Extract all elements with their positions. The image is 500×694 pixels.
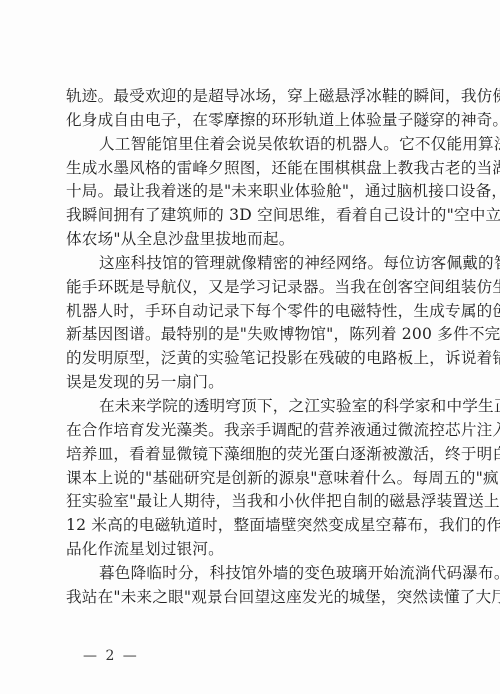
page-number: — 2 — bbox=[83, 648, 139, 664]
text-line: 体农场"从全息沙盘里拔地而起。 bbox=[66, 228, 438, 252]
text-line: 误是发现的另一扇门。 bbox=[66, 371, 438, 395]
text-line: 品化作流星划过银河。 bbox=[66, 538, 438, 562]
text-line: 培养皿，看着显微镜下藻细胞的荧光蛋白逐渐被激活，终于明白 bbox=[66, 443, 438, 467]
text-line: 我瞬间拥有了建筑师的 3D 空间思维，看着自己设计的"空中立 bbox=[66, 204, 438, 228]
text-line: 这座科技馆的管理就像精密的神经网络。每位访客佩戴的智 bbox=[66, 252, 438, 276]
text-line: 人工智能馆里住着会说吴侬软语的机器人。它不仅能用算法 bbox=[66, 133, 438, 157]
text-line: 在合作培育发光藻类。我亲手调配的营养液通过微流控芯片注入 bbox=[66, 419, 438, 443]
text-line: 化身成自由电子，在零摩擦的环形轨道上体验量子隧穿的神奇。 bbox=[66, 109, 438, 133]
text-line: 课本上说的"基础研究是创新的源泉"意味着什么。每周五的"疯 bbox=[66, 467, 438, 491]
text-line: 轨迹。最受欢迎的是超导冰场，穿上磁悬浮冰鞋的瞬间，我仿佛 bbox=[66, 85, 438, 109]
body-text: 轨迹。最受欢迎的是超导冰场，穿上磁悬浮冰鞋的瞬间，我仿佛 化身成自由电子，在零摩… bbox=[66, 85, 438, 610]
text-line: 12 米高的电磁轨道时，整面墙壁突然变成星空幕布，我们的作 bbox=[66, 514, 438, 538]
text-line: 生成水墨风格的雷峰夕照图，还能在围棋棋盘上教我古老的当湖 bbox=[66, 157, 438, 181]
document-page: 轨迹。最受欢迎的是超导冰场，穿上磁悬浮冰鞋的瞬间，我仿佛 化身成自由电子，在零摩… bbox=[0, 0, 500, 694]
text-line: 十局。最让我着迷的是"未来职业体验舱"，通过脑机接口设备， bbox=[66, 180, 438, 204]
text-line: 机器人时，手环自动记录下每个零件的电磁特性，生成专属的创 bbox=[66, 300, 438, 324]
text-line: 的发明原型，泛黄的实验笔记投影在残破的电路板上，诉说着错 bbox=[66, 347, 438, 371]
text-line: 暮色降临时分，科技馆外墙的变色玻璃开始流淌代码瀑布。 bbox=[66, 562, 438, 586]
text-line: 狂实验室"最让人期待，当我和小伙伴把自制的磁悬浮装置送上 bbox=[66, 490, 438, 514]
text-line: 在未来学院的透明穹顶下，之江实验室的科学家和中学生正 bbox=[66, 395, 438, 419]
text-line: 我站在"未来之眼"观景台回望这座发光的城堡，突然读懂了大厅 bbox=[66, 586, 438, 610]
text-line: 新基因图谱。最特别的是"失败博物馆"，陈列着 200 多件不完美 bbox=[66, 323, 438, 347]
text-line: 能手环既是导航仪，又是学习记录器。当我在创客空间组装仿生 bbox=[66, 276, 438, 300]
